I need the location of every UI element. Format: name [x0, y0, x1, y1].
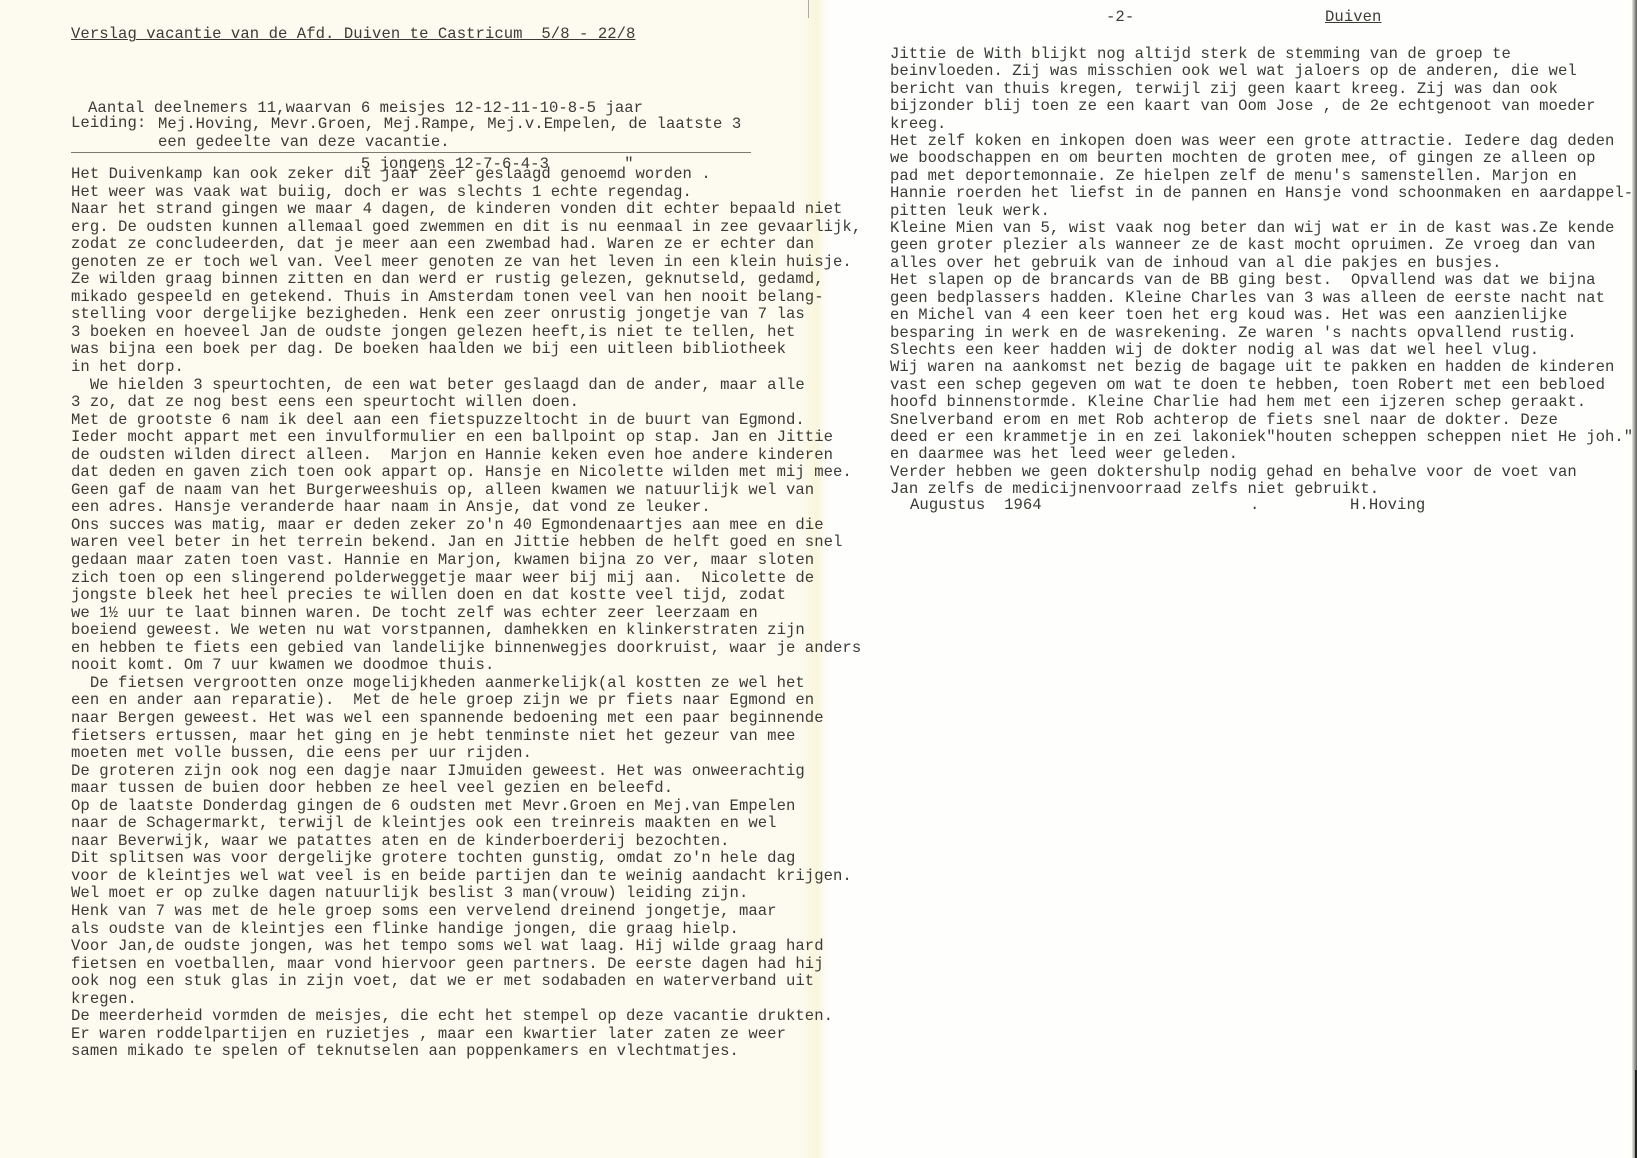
document-title: Verslag vacantie van de Afd. Duiven te C…	[71, 26, 635, 42]
text-line: Er waren roddelpartijen en ruzietjes , m…	[71, 1026, 861, 1044]
text-line: gedaan maar zaten toen vast. Hannie en M…	[71, 552, 861, 570]
text-line: genoten ze er toch wel van. Veel meer ge…	[71, 254, 861, 272]
text-line: samen mikado te spelen of teknutselen aa…	[71, 1043, 861, 1061]
report-body-page1: Het Duivenkamp kan ook zeker dit jaar ze…	[71, 166, 861, 1061]
page-number: -2-	[1106, 9, 1134, 25]
text-line: in het dorp.	[71, 359, 861, 377]
text-line: Het Duivenkamp kan ook zeker dit jaar ze…	[71, 166, 861, 184]
text-line: Henk van 7 was met de hele groep soms ee…	[71, 903, 861, 921]
text-line: ook nog een stuk glas in zijn voet, dat …	[71, 973, 861, 991]
report-body-page2: Jittie de With blijkt nog altijd sterk d…	[890, 46, 1633, 499]
text-line: Geen gaf de naam van het Burgerweeshuis …	[71, 482, 861, 500]
text-line: boeiend geweest. We weten nu wat vorstpa…	[71, 622, 861, 640]
text-line: bijzonder blij toen ze een kaart van Oom…	[890, 98, 1633, 115]
text-line: kregen.	[71, 991, 861, 1009]
running-head: Duiven	[1325, 9, 1381, 25]
text-line: alles over het gebruik van de inhoud van…	[890, 255, 1633, 272]
fold-mark	[808, 0, 809, 18]
text-line: dat deden en gaven zich toen ook appart …	[71, 464, 861, 482]
text-line: een adres. Hansje veranderde haar naam i…	[71, 499, 861, 517]
text-line: Wel moet er op zulke dagen natuurlijk be…	[71, 885, 861, 903]
text-line: geen bedplassers hadden. Kleine Charles …	[890, 290, 1633, 307]
text-line: fietsen en voetballen, maar vond hiervoo…	[71, 956, 861, 974]
text-line: Dit splitsen was voor dergelijke grotere…	[71, 850, 861, 868]
text-line: als oudste van de kleintjes een flinke h…	[71, 921, 861, 939]
text-line: Verder hebben we geen doktershulp nodig …	[890, 464, 1633, 481]
leadership-text: Mej.Hoving, Mevr.Groen, Mej.Rampe, Mej.v…	[158, 115, 741, 151]
text-line: hoofd binnenstormde. Kleine Charlie had …	[890, 394, 1633, 411]
text-line: en hebben te fiets een gebied van landel…	[71, 640, 861, 658]
text-line: en Michel van 4 een keer toen het erg ko…	[890, 307, 1633, 324]
text-line: de oudsten wilden direct alleen. Marjon …	[71, 447, 861, 465]
header-rule	[71, 152, 751, 153]
text-line: kreeg.	[890, 116, 1633, 133]
text-line: naar de Schagermarkt, terwijl de kleintj…	[71, 815, 861, 833]
text-line: Het slapen op de brancards van de BB gin…	[890, 272, 1633, 289]
text-line: Jittie de With blijkt nog altijd sterk d…	[890, 46, 1633, 63]
text-line: een en ander aan reparatie). Met de hele…	[71, 692, 861, 710]
text-line: naar Bergen geweest. Het was wel een spa…	[71, 710, 861, 728]
text-line: Hannie roerden het liefst in de pannen e…	[890, 185, 1633, 202]
text-line: deed er een krammetje in en zei lakoniek…	[890, 429, 1633, 446]
text-line: Naar het strand gingen we maar 4 dagen, …	[71, 201, 861, 219]
text-line: We hielden 3 speurtochten, de een wat be…	[71, 377, 861, 395]
text-line: besparing in werk en de wasrekening. Ze …	[890, 325, 1633, 342]
text-line: en daarmee was het leed weer geleden.	[890, 446, 1633, 463]
text-line: De groteren zijn ook nog een dagje naar …	[71, 763, 861, 781]
text-line: mikado gespeeld en getekend. Thuis in Am…	[71, 289, 861, 307]
text-line: Het zelf koken en inkopen doen was weer …	[890, 133, 1633, 150]
separator-dot: .	[1250, 497, 1259, 513]
text-line: De meerderheid vormden de meisjes, die e…	[71, 1008, 861, 1026]
text-line: waren veel beter in het terrein bekend. …	[71, 534, 861, 552]
text-line: moeten met volle bussen, die eens per uu…	[71, 745, 861, 763]
text-line: Voor Jan,de oudste jongen, was het tempo…	[71, 938, 861, 956]
text-line: was bijna een boek per dag. De boeken ha…	[71, 341, 861, 359]
text-line: vast een schep gegeven om wat te doen te…	[890, 377, 1633, 394]
text-line: De fietsen vergrootten onze mogelijkhede…	[71, 675, 861, 693]
text-line: pad met deportemonnaie. Ze hielpen zelf …	[890, 168, 1633, 185]
text-line: geen groter plezier als wanneer ze de ka…	[890, 237, 1633, 254]
text-line: stelling voor dergelijke bezigheden. Hen…	[71, 306, 861, 324]
text-line: Op de laatste Donderdag gingen de 6 ouds…	[71, 798, 861, 816]
text-line: maar tussen de buien door hebben ze heel…	[71, 780, 861, 798]
text-line: zodat ze concludeerden, dat je meer aan …	[71, 236, 861, 254]
text-line: Kleine Mien van 5, wist vaak nog beter d…	[890, 220, 1633, 237]
leadership-label: Leiding:	[71, 115, 146, 131]
text-line: fietsers ertussen, maar het ging en je h…	[71, 728, 861, 746]
text-line: we boodschappen en om beurten mochten de…	[890, 150, 1633, 167]
text-line: Slechts een keer hadden wij de dokter no…	[890, 342, 1633, 359]
text-line: Ze wilden graag binnen zitten en dan wer…	[71, 271, 861, 289]
text-line: Snelverband erom en met Rob achterop de …	[890, 412, 1633, 429]
report-date: Augustus 1964	[910, 497, 1042, 513]
text-line: erg. De oudsten kunnen allemaal goed zwe…	[71, 219, 861, 237]
text-line: bericht van thuis kregen, terwijl zij ge…	[890, 81, 1633, 98]
text-line: we 1½ uur te laat binnen waren. De tocht…	[71, 605, 861, 623]
signature: H.Hoving	[1350, 497, 1425, 513]
text-line: pitten leuk werk.	[890, 203, 1633, 220]
text-line: voor de kleintjes wel wat veel is en bei…	[71, 868, 861, 886]
text-line: Ons succes was matig, maar er deden zeke…	[71, 517, 861, 535]
text-line: Met de grootste 6 nam ik deel aan een fi…	[71, 412, 861, 430]
text-line: 3 zo, dat ze nog best eens een speurtoch…	[71, 394, 861, 412]
text-line: beinvloeden. Zij was misschien ook wel w…	[890, 63, 1633, 80]
text-line: naar Beverwijk, waar we patattes aten en…	[71, 833, 861, 851]
text-line: Het weer was vaak wat buiig, doch er was…	[71, 184, 861, 202]
text-line: jongste bleek het heel precies te willen…	[71, 587, 861, 605]
text-line: Wij waren na aankomst net bezig de bagag…	[890, 359, 1633, 376]
text-line: Ieder mocht appart met een invulformulie…	[71, 429, 861, 447]
text-line: zich toen op een slingerend polderwegget…	[71, 570, 861, 588]
text-line: nooit komt. Om 7 uur kwamen we doodmoe t…	[71, 657, 861, 675]
text-line: 3 boeken en hoeveel Jan de oudste jongen…	[71, 324, 861, 342]
